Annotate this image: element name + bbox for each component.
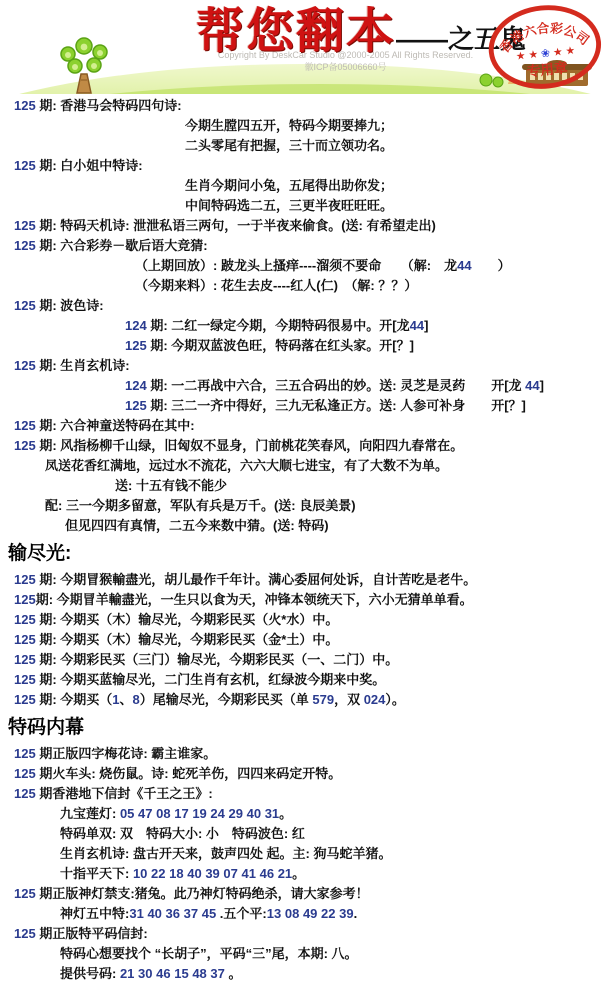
company-seal: 香港六合彩公司 ★ ★ ❀ ★ ★ 专用章 [482,0,609,94]
text-line: 生肖玄机诗: 盘古开天来，鼓声四处 起。主: 狗马蛇羊猪。 [0,844,610,864]
text-line: 十指平天下: 10 22 18 40 39 07 41 46 21。 [0,864,610,884]
body-lines: 125 期: 香港马会特码四句诗:今期生膛四五开，特码今期要捧九；二头零尾有把握… [0,96,610,984]
text-line: 特码单双: 双 特码大小: 小 特码波色: 红 [0,824,610,844]
text-line: 125 期: 六合神童送特码在其中: [0,416,610,436]
text-line: 125 期: 特码天机诗: 泄泄私语三两句，一于半夜来偷食。(送: 有希望走出) [0,216,610,236]
text-line: 124 期: 一二再战中六合，三五合码出的妙。送: 灵芝是灵药 开[龙 44] [0,376,610,396]
text-line: 125 期: 今期冒猴輸盡光，胡儿最作千年计。满心委屈何处诉，自计苦吃是老牛。 [0,570,610,590]
masthead: 帮您翻本 ——之五鬼 [196,2,526,60]
text-line: 125 期: 白小姐中特诗: [0,156,610,176]
text-line: 125 期: 今期买（木）输尽光，今期彩民买（金*土）中。 [0,630,610,650]
section-title: 特码内幕 [0,717,610,739]
text-line: 神灯五中特:31 40 36 37 45 .五个平:13 08 49 22 39… [0,904,610,924]
text-line: 125期: 今期冒羊輸盡光，一生只以食为天，冲锋本领统天下，六小无猜单单看。 [0,590,610,610]
text-line: 生肖今期问小兔，五尾得出助你发； [0,176,610,196]
copyright-line2: 徽ICP备05006660号 [188,61,503,73]
text-line: 中间特码选二五，三更半夜旺旺旺。 [0,196,610,216]
page: Copyright By DeskCar Studio @2000-2005 A… [0,0,610,986]
text-line: 125 期: 风指杨柳千山绿，旧匈奴不显身，门前桃花笑春风，向阳四九春常在。 [0,436,610,456]
text-line: 送: 十五有钱不能少 [0,476,610,496]
text-line: 125 期: 今期双蓝波色旺，特码落在红头家。开[？] [0,336,610,356]
text-line: 凤送花香红满地，远过水不流花，六六大顺七进宝，有了大数不为单。 [0,456,610,476]
section-title: 输尽光: [0,543,610,565]
text-line: 125 期正版神灯禁支:猪兔。此乃神灯特码绝杀，请大家参考！ [0,884,610,904]
text-line: 125 期: 今期彩民买（三门）输尽光，今期彩民买（一、二门）中。 [0,650,610,670]
tree-icon [48,36,120,94]
text-line: （上期回放）: 跛龙头上搔痒----溜须不要命 （解: 龙44 ） [0,256,610,276]
text-line: 今期生膛四五开，特码今期要捧九； [0,116,610,136]
text-line: 125 期: 今期买蓝输尽光，二门生肖有玄机，红绿波今期来中奖。 [0,670,610,690]
text-line: 125 期: 生肖玄机诗: [0,356,610,376]
text-line: 125 期: 今期买（木）输尽光，今期彩民买（火*水）中。 [0,610,610,630]
text-line: 125 期: 今期买（1、8）尾输尽光，今期彩民买（单 579，双 024）。 [0,690,610,710]
text-line: 提供号码: 21 30 46 15 48 37 。 [0,964,610,984]
text-line: 125 期火车头: 烧伤鼠。诗: 蛇死羊伤，四四来码定开特。 [0,764,610,784]
text-line: 125 期: 波色诗: [0,296,610,316]
text-line: （今期来料）: 花生去皮----红人(仁) （解: ？？） [0,276,610,296]
seal-bottom-text: 专用章 [526,59,569,79]
text-line: 125 期: 三二一齐中得好，三九无私逢正方。送: 人参可补身 开[？] [0,396,610,416]
text-line: 特码心想要找个 “长胡子”，平码“三”尾，本期: 八。 [0,944,610,964]
text-line: 124 期: 二红一绿定今期，今期特码很易中。开[龙44] [0,316,610,336]
text-line: 125 期香港地下信封《千王之王》: [0,784,610,804]
text-line: 九宝莲灯: 05 47 08 17 19 24 29 40 31。 [0,804,610,824]
page-title: 帮您翻本 [196,2,396,60]
text-line: 但见四四有真情，二五今来数中猜。(送: 特码) [0,516,610,536]
text-line: 125 期正版四字梅花诗: 霸主谁家。 [0,744,610,764]
text-line: 配: 三一今期多留意，军队有兵是万千。(送: 良辰美景) [0,496,610,516]
text-line: 二头零尾有把握，三十而立领功名。 [0,136,610,156]
header-banner: Copyright By DeskCar Studio @2000-2005 A… [0,0,610,94]
text-line: 125 期正版特平码信封: [0,924,610,944]
text-line: 125 期: 六合彩券－歇后语大竞猜: [0,236,610,256]
content: 125 期: 香港马会特码四句诗:今期生膛四五开，特码今期要捧九；二头零尾有把握… [0,94,610,984]
text-line: 125 期: 香港马会特码四句诗: [0,96,610,116]
